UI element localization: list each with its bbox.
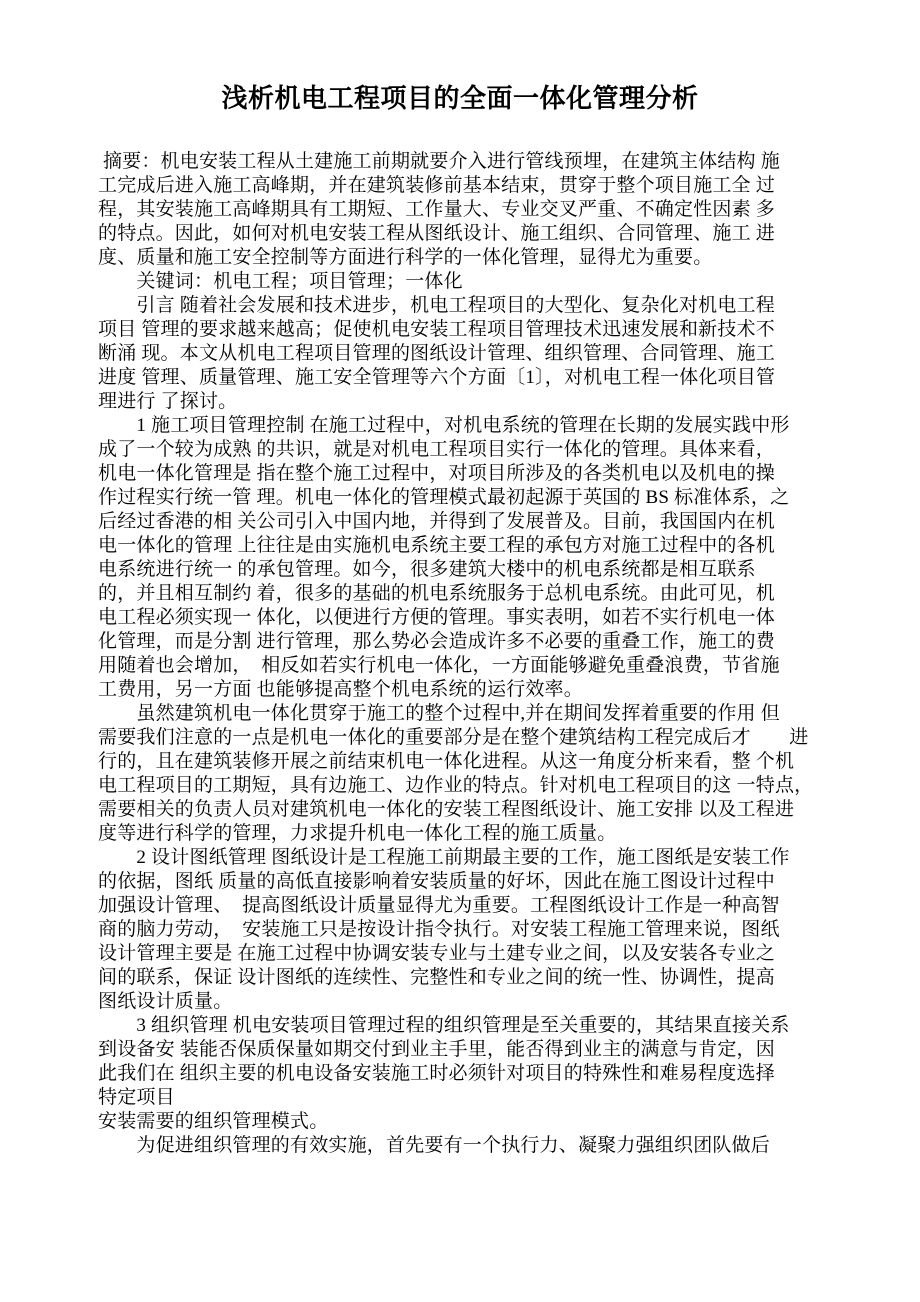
text-line: 特定项目 <box>98 1086 822 1110</box>
document-page: 浅析机电工程项目的全面一体化管理分析 摘要：机电安装工程从土建施工前期就要介入进… <box>0 0 920 1302</box>
text-line: 间的联系，保证 设计图纸的连续性、完整性和专业之间的统一性、协调性，提高 <box>98 966 822 990</box>
text-line: 用随着也会增加， 相反如若实行机电一体化，一方面能够避免重叠浪费，节省施 <box>98 654 822 678</box>
text-line: 电工程必须实现一 体化，以便进行方便的管理。事实表明，如若不实行机电一体 <box>98 606 822 630</box>
text-line: 需要我们注意的一点是机电一体化的重要部分是在整个建筑结构工程完成后才 进 <box>98 726 822 750</box>
text-line: 后经过香港的相 关公司引入中国内地，并得到了发展普及。目前，我国国内在机 <box>98 510 822 534</box>
text-line: 虽然建筑机电一体化贯穿于施工的整个过程中,并在期间发挥着重要的作用 但 <box>98 702 822 726</box>
text-line: 摘要：机电安装工程从土建施工前期就要介入进行管线预埋，在建筑主体结构 施 <box>98 150 822 174</box>
document-body: 摘要：机电安装工程从土建施工前期就要介入进行管线预埋，在建筑主体结构 施 工完成… <box>98 150 822 1158</box>
text-line: 项目 管理的要求越来越高；促使机电安装工程项目管理技术迅速发展和新技术不 <box>98 318 822 342</box>
text-line: 度等进行科学的管理，力求提升机电一体化工程的施工质量。 <box>98 822 822 846</box>
text-line: 断涌 现。本文从机电工程项目管理的图纸设计管理、组织管理、合同管理、施工 <box>98 342 822 366</box>
text-line: 的特点。因此，如何对机电安装工程从图纸设计、施工组织、合同管理、施工 进 <box>98 222 822 246</box>
text-line: 1 施工项目管理控制 在施工过程中，对机电系统的管理在长期的发展实践中形 <box>98 414 822 438</box>
text-line: 安装需要的组织管理模式。 <box>98 1110 822 1134</box>
text-line: 图纸设计质量。 <box>98 990 822 1014</box>
text-line: 电系统进行统一 的承包管理。如今，很多建筑大楼中的机电系统都是相互联系 <box>98 558 822 582</box>
text-line: 机电一体化管理是 指在整个施工过程中，对项目所涉及的各类机电以及机电的操 <box>98 462 822 486</box>
text-line: 作过程实行统一管 理。机电一体化的管理模式最初起源于英国的 BS 标准体系，之 <box>98 486 822 510</box>
text-line: 理进行 了探讨。 <box>98 390 822 414</box>
text-line: 需要相关的负责人员对建筑机电一体化的安装工程图纸设计、施工安排 以及工程进 <box>98 798 822 822</box>
text-line: 程，其安装施工高峰期具有工期短、工作量大、专业交叉严重、不确定性因素 多 <box>98 198 822 222</box>
text-line: 引言 随着社会发展和技术进步，机电工程项目的大型化、复杂化对机电工程 <box>98 294 822 318</box>
text-line: 工费用，另一方面 也能够提高整个机电系统的运行效率。 <box>98 678 822 702</box>
text-line: 为促进组织管理的有效实施，首先要有一个执行力、凝聚力强组织团队做后 <box>98 1134 822 1158</box>
text-line: 的，并且相互制约 着，很多的基础的机电系统服务于总机电系统。由此可见，机 <box>98 582 822 606</box>
text-line: 关键词：机电工程；项目管理；一体化 <box>98 270 822 294</box>
text-line: 化管理，而是分割 进行管理，那么势必会造成许多不必要的重叠工作，施工的费 <box>98 630 822 654</box>
text-line: 进度 管理、质量管理、施工安全管理等六个方面〔1〕，对机电工程一体化项目管 <box>98 366 822 390</box>
text-line: 行的，且在建筑装修开展之前结束机电一体化进程。从这一角度分析来看，整 个机 <box>98 750 822 774</box>
text-line: 电一体化的管理 上往往是由实施机电系统主要工程的承包方对施工过程中的各机 <box>98 534 822 558</box>
text-line: 商的脑力劳动， 安装施工只是按设计指令执行。对安装工程施工管理来说，图纸 <box>98 918 822 942</box>
text-line: 的依据，图纸 质量的高低直接影响着安装质量的好坏，因此在施工图设计过程中 <box>98 870 822 894</box>
text-line: 度、质量和施工安全控制等方面进行科学的一体化管理，显得尤为重要。 <box>98 246 822 270</box>
text-line: 加强设计管理、 提高图纸设计质量显得尤为重要。工程图纸设计工作是一种高智 <box>98 894 822 918</box>
text-line: 电工程项目的工期短，具有边施工、边作业的特点。针对机电工程项目的这 一特点， <box>98 774 822 798</box>
text-line: 到设备安 装能否保质保量如期交付到业主手里，能否得到业主的满意与肯定，因 <box>98 1038 822 1062</box>
document-title: 浅析机电工程项目的全面一体化管理分析 <box>98 82 822 116</box>
text-line: 此我们在 组织主要的机电设备安装施工时必须针对项目的特殊性和难易程度选择 <box>98 1062 822 1086</box>
text-line: 成了一个较为成熟 的共识，就是对机电工程项目实行一体化的管理。具体来看， <box>98 438 822 462</box>
text-line: 3 组织管理 机电安装项目管理过程的组织管理是至关重要的，其结果直接关系 <box>98 1014 822 1038</box>
text-line: 设计管理主要是 在施工过程中协调安装专业与土建专业之间，以及安装各专业之 <box>98 942 822 966</box>
text-line: 2 设计图纸管理 图纸设计是工程施工前期最主要的工作，施工图纸是安装工作 <box>98 846 822 870</box>
text-line: 工完成后进入施工高峰期，并在建筑装修前基本结束，贯穿于整个项目施工全 过 <box>98 174 822 198</box>
